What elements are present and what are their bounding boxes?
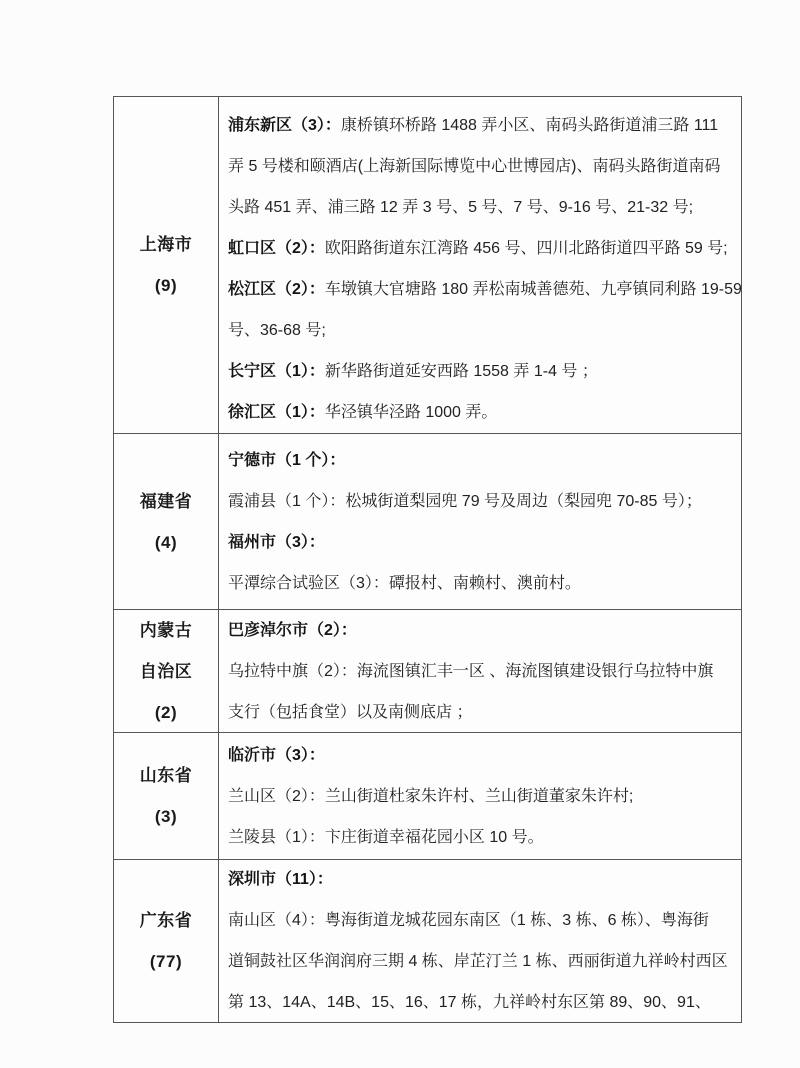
province-cell-neimenggu: 内蒙古 自治区 (2) [114,610,219,732]
entry-line: 临沂市（3）： [228,735,735,776]
table-row-neimenggu: 内蒙古 自治区 (2) 巴彦淖尔市（2）： 乌拉特中旗（2）：海流图镇汇丰一区 … [114,610,741,733]
entry-line: 霞浦县（1 个）：松城街道梨园兜 79 号及周边（梨园兜 70-85 号）； [228,481,735,522]
entry-text: 兰陵县（1）：卞庄街道幸福花园小区 10 号。 [228,829,544,846]
entry-text: 华泾镇华泾路 1000 弄。 [325,404,498,421]
entry-line: 乌拉特中旗（2）：海流图镇汇丰一区 、海流图镇建设银行乌拉特中旗 [228,651,735,692]
entry-text: 欧阳路街道东江湾路 456 号、四川北路街道四平路 59 号; [325,240,728,257]
city-label: 福州市（3）： [228,534,325,551]
details-cell-guangdong: 深圳市（11）： 南山区（4）：粤海街道龙城花园东南区（1 栋、3 栋、6 栋）… [219,860,741,1022]
details-cell-shanghai: 浦东新区（3）：康桥镇环桥路 1488 弄小区、南码头路街道浦三路 111 弄 … [219,97,741,433]
entry-text: 霞浦县（1 个）：松城街道梨园兜 79 号及周边（梨园兜 70-85 号）； [228,493,702,510]
entry-text: 南山区（4）：粤海街道龙城花园东南区（1 栋、3 栋、6 栋）、粤海街 [228,912,709,929]
details-cell-fujian: 宁德市（1 个）： 霞浦县（1 个）：松城街道梨园兜 79 号及周边（梨园兜 7… [219,434,741,609]
district-label: 徐汇区（1）： [228,404,325,421]
entry-text: 车墩镇大官塘路 180 弄松南城善德苑、九亭镇同利路 19-59 [325,281,741,298]
province-count: (9) [155,265,177,306]
province-count: (2) [155,692,177,733]
province-cell-shanghai: 上海市 (9) [114,97,219,433]
entry-line: 福州市（3）： [228,522,735,563]
province-count: (77) [150,941,182,982]
table-row-shandong: 山东省 (3) 临沂市（3）： 兰山区（2）：兰山街道杜家朱许村、兰山街道董家朱… [114,733,741,860]
details-cell-neimenggu: 巴彦淖尔市（2）： 乌拉特中旗（2）：海流图镇汇丰一区 、海流图镇建设银行乌拉特… [219,610,741,732]
district-label: 虹口区（2）： [228,240,325,257]
entry-text: 第 13、14A、14B、15、16、17 栋，九祥岭村东区第 89、90、91… [228,994,711,1011]
city-label: 临沂市（3）： [228,747,325,764]
table-row-shanghai: 上海市 (9) 浦东新区（3）：康桥镇环桥路 1488 弄小区、南码头路街道浦三… [114,97,741,434]
entry-line: 号、36-68 号; [228,310,735,351]
entry-text: 道铜鼓社区华润润府三期 4 栋、岸芷汀兰 1 栋、西丽街道九祥岭村西区 [228,953,728,970]
entry-text: 支行（包括食堂）以及南侧底店 ； [228,704,472,721]
province-cell-shandong: 山东省 (3) [114,733,219,859]
entry-line: 长宁区（1）：新华路街道延安西路 1558 弄 1-4 号 ； [228,351,735,392]
province-count: (4) [155,522,177,563]
entry-line: 深圳市（11）： [228,860,735,900]
table-row-guangdong: 广东省 (77) 深圳市（11）： 南山区（4）：粤海街道龙城花园东南区（1 栋… [114,860,741,1022]
province-name: 山东省 [140,755,193,796]
district-label: 长宁区（1）： [228,363,325,380]
entry-text: 号、36-68 号; [228,322,326,339]
document-page: 上海市 (9) 浦东新区（3）：康桥镇环桥路 1488 弄小区、南码头路街道浦三… [0,0,800,1068]
entry-line: 浦东新区（3）：康桥镇环桥路 1488 弄小区、南码头路街道浦三路 111 [228,105,735,146]
province-cell-guangdong: 广东省 (77) [114,860,219,1022]
province-name: 上海市 [140,224,193,265]
entry-line: 松江区（2）：车墩镇大官塘路 180 弄松南城善德苑、九亭镇同利路 19-59 [228,269,735,310]
district-label: 浦东新区（3）： [228,117,341,134]
entry-line: 宁德市（1 个）： [228,440,735,481]
entry-text: 兰山区（2）：兰山街道杜家朱许村、兰山街道董家朱许村; [228,788,633,805]
city-label: 宁德市（1 个）： [228,452,345,469]
province-name: 内蒙古 [140,610,193,651]
entry-text: 平潭综合试验区（3）：磹报村、南赖村、澳前村。 [228,575,581,592]
details-cell-shandong: 临沂市（3）： 兰山区（2）：兰山街道杜家朱许村、兰山街道董家朱许村; 兰陵县（… [219,733,741,859]
risk-area-table: 上海市 (9) 浦东新区（3）：康桥镇环桥路 1488 弄小区、南码头路街道浦三… [113,96,742,1023]
province-name: 福建省 [140,481,193,522]
entry-line: 虹口区（2）：欧阳路街道东江湾路 456 号、四川北路街道四平路 59 号; [228,228,735,269]
entry-line: 道铜鼓社区华润润府三期 4 栋、岸芷汀兰 1 栋、西丽街道九祥岭村西区 [228,941,735,982]
entry-text: 弄 5 号楼和颐酒店(上海新国际博览中心世博园店)、南码头路街道南码 [228,158,720,175]
entry-line: 兰陵县（1）：卞庄街道幸福花园小区 10 号。 [228,817,735,858]
entry-text: 头路 451 弄、浦三路 12 弄 3 号、5 号、7 号、9-16 号、21-… [228,199,693,216]
entry-line: 南山区（4）：粤海街道龙城花园东南区（1 栋、3 栋、6 栋）、粤海街 [228,900,735,941]
city-label: 深圳市（11）： [228,871,333,888]
district-label: 松江区（2）： [228,281,325,298]
entry-line: 头路 451 弄、浦三路 12 弄 3 号、5 号、7 号、9-16 号、21-… [228,187,735,228]
entry-text: 乌拉特中旗（2）：海流图镇汇丰一区 、海流图镇建设银行乌拉特中旗 [228,663,713,680]
table-row-fujian: 福建省 (4) 宁德市（1 个）： 霞浦县（1 个）：松城街道梨园兜 79 号及… [114,434,741,610]
entry-text: 新华路街道延安西路 1558 弄 1-4 号 ； [325,363,598,380]
province-name: 广东省 [140,900,193,941]
entry-line: 巴彦淖尔市（2）： [228,610,735,651]
entry-line: 兰山区（2）：兰山街道杜家朱许村、兰山街道董家朱许村; [228,776,735,817]
province-cell-fujian: 福建省 (4) [114,434,219,609]
entry-line: 支行（包括食堂）以及南侧底店 ； [228,692,735,733]
entry-line: 徐汇区（1）：华泾镇华泾路 1000 弄。 [228,392,735,433]
city-label: 巴彦淖尔市（2）： [228,622,357,639]
province-name: 自治区 [140,651,193,692]
province-count: (3) [155,796,177,837]
entry-line: 平潭综合试验区（3）：磹报村、南赖村、澳前村。 [228,563,735,604]
entry-line: 第 13、14A、14B、15、16、17 栋，九祥岭村东区第 89、90、91… [228,982,735,1022]
entry-text: 康桥镇环桥路 1488 弄小区、南码头路街道浦三路 111 [341,117,718,134]
entry-line: 弄 5 号楼和颐酒店(上海新国际博览中心世博园店)、南码头路街道南码 [228,146,735,187]
